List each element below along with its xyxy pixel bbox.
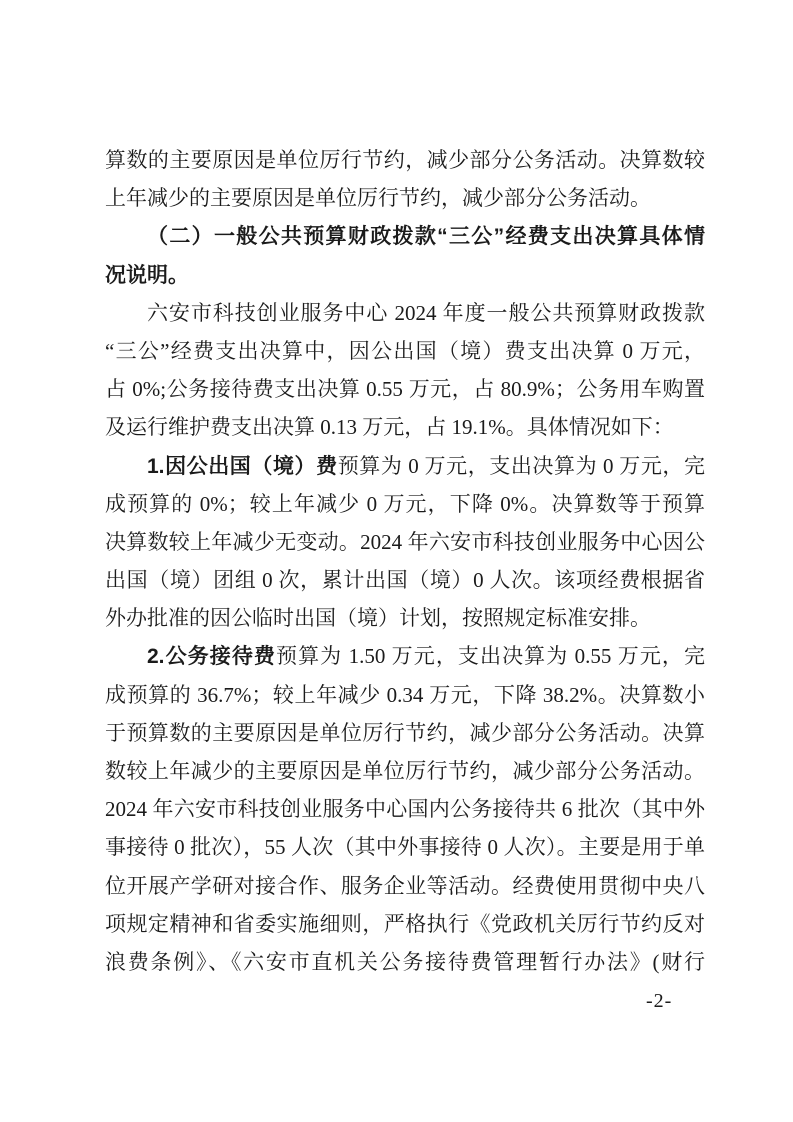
text-line: 浪费条例》、《六安市直机关公务接待费管理暂行办法》(财行〔2015〕 xyxy=(105,943,705,981)
document-page: 算数的主要原因是单位厉行节约，减少部分公务活动。决算数较上年减少的主要原因是单位… xyxy=(0,0,793,1122)
text-line: 1.因公出国（境）费预算为 0 万元，支出决算为 0 万元，完 xyxy=(105,447,705,485)
text-run: 决算数较上年减少无变动。2024 年六安市科技创业服务中心因公 xyxy=(105,530,705,554)
text-line: 2.公务接待费预算为 1.50 万元，支出决算为 0.55 万元，完 xyxy=(105,637,705,675)
text-run: 及运行维护费支出决算 0.13 万元，占 19.1%。具体情况如下： xyxy=(105,415,674,439)
text-run: 算数的主要原因是单位厉行节约，减少部分公务活动。决算数较 xyxy=(105,148,705,172)
text-line: 决算数较上年减少无变动。2024 年六安市科技创业服务中心因公 xyxy=(105,523,705,561)
text-line: 事接待 0 批次），55 人次（其中外事接待 0 人次）。主要是用于单 xyxy=(105,828,705,866)
text-line: 位开展产学研对接合作、服务企业等活动。经费使用贯彻中央八 xyxy=(105,867,705,905)
text-run: “三公”经费支出决算中，因公出国（境）费支出决算 0 万元， xyxy=(105,339,705,363)
text-line: 成预算的 36.7%；较上年减少 0.34 万元，下降 38.2%。决算数小 xyxy=(105,676,705,714)
text-run: 于预算数的主要原因是单位厉行节约，减少部分公务活动。决算 xyxy=(105,721,705,745)
text-run: 外办批准的因公临时出国（境）计划，按照规定标准安排。 xyxy=(105,606,651,630)
text-line: 成预算的 0%；较上年减少 0 万元，下降 0%。决算数等于预算数。 xyxy=(105,485,705,523)
text-run: 位开展产学研对接合作、服务企业等活动。经费使用贯彻中央八 xyxy=(105,874,705,898)
text-line: 算数的主要原因是单位厉行节约，减少部分公务活动。决算数较 xyxy=(105,141,705,179)
text-line: 及运行维护费支出决算 0.13 万元，占 19.1%。具体情况如下： xyxy=(105,408,705,446)
text-line: 项规定精神和省委实施细则，严格执行《党政机关厉行节约反对 xyxy=(105,905,705,943)
text-run: 事接待 0 批次），55 人次（其中外事接待 0 人次）。主要是用于单 xyxy=(105,835,705,859)
text-line: 数较上年减少的主要原因是单位厉行节约，减少部分公务活动。 xyxy=(105,752,705,790)
text-run: 预算为 1.50 万元，支出决算为 0.55 万元，完 xyxy=(276,644,705,668)
text-run: 成预算的 0%；较上年减少 0 万元，下降 0%。决算数等于预算数。 xyxy=(105,492,705,523)
text-run: 成预算的 36.7%；较上年减少 0.34 万元，下降 38.2%。决算数小 xyxy=(105,683,705,707)
document-text: 算数的主要原因是单位厉行节约，减少部分公务活动。决算数较上年减少的主要原因是单位… xyxy=(105,141,705,981)
text-line: 况说明。 xyxy=(105,256,705,294)
text-line: 外办批准的因公临时出国（境）计划，按照规定标准安排。 xyxy=(105,599,705,637)
text-run: 占 0%;公务接待费支出决算 0.55 万元，占 80.9%；公务用车购置 xyxy=(105,377,705,401)
text-line: 上年减少的主要原因是单位厉行节约，减少部分公务活动。 xyxy=(105,179,705,217)
text-run: 数较上年减少的主要原因是单位厉行节约，减少部分公务活动。 xyxy=(105,759,705,783)
text-run: 预算为 0 万元，支出决算为 0 万元，完 xyxy=(338,454,705,478)
text-run: 项规定精神和省委实施细则，严格执行《党政机关厉行节约反对 xyxy=(105,912,705,936)
text-run: 六安市科技创业服务中心 2024 年度一般公共预算财政拨款 xyxy=(147,301,705,325)
text-run: 浪费条例》、《六安市直机关公务接待费管理暂行办法》(财行〔2015〕 xyxy=(105,950,705,981)
text-run: 2024 年六安市科技创业服务中心国内公务接待共 6 批次（其中外 xyxy=(105,797,705,821)
bold-run: 况说明。 xyxy=(105,264,189,287)
text-line: “三公”经费支出决算中，因公出国（境）费支出决算 0 万元， xyxy=(105,332,705,370)
bold-run: （二）一般公共预算财政拨款“三公”经费支出决算具体情 xyxy=(147,225,705,248)
text-line: 于预算数的主要原因是单位厉行节约，减少部分公务活动。决算 xyxy=(105,714,705,752)
text-line: 六安市科技创业服务中心 2024 年度一般公共预算财政拨款 xyxy=(105,294,705,332)
page-number: -2- xyxy=(646,990,672,1013)
text-line: （二）一般公共预算财政拨款“三公”经费支出决算具体情 xyxy=(105,217,705,255)
text-line: 出国（境）团组 0 次，累计出国（境）0 人次。该项经费根据省 xyxy=(105,561,705,599)
bold-run: 1.因公出国（境）费 xyxy=(147,455,338,478)
bold-run: 2.公务接待费 xyxy=(147,645,276,668)
text-run: 上年减少的主要原因是单位厉行节约，减少部分公务活动。 xyxy=(105,186,651,210)
text-run: 出国（境）团组 0 次，累计出国（境）0 人次。该项经费根据省 xyxy=(105,568,705,592)
text-line: 占 0%;公务接待费支出决算 0.55 万元，占 80.9%；公务用车购置 xyxy=(105,370,705,408)
text-line: 2024 年六安市科技创业服务中心国内公务接待共 6 批次（其中外 xyxy=(105,790,705,828)
